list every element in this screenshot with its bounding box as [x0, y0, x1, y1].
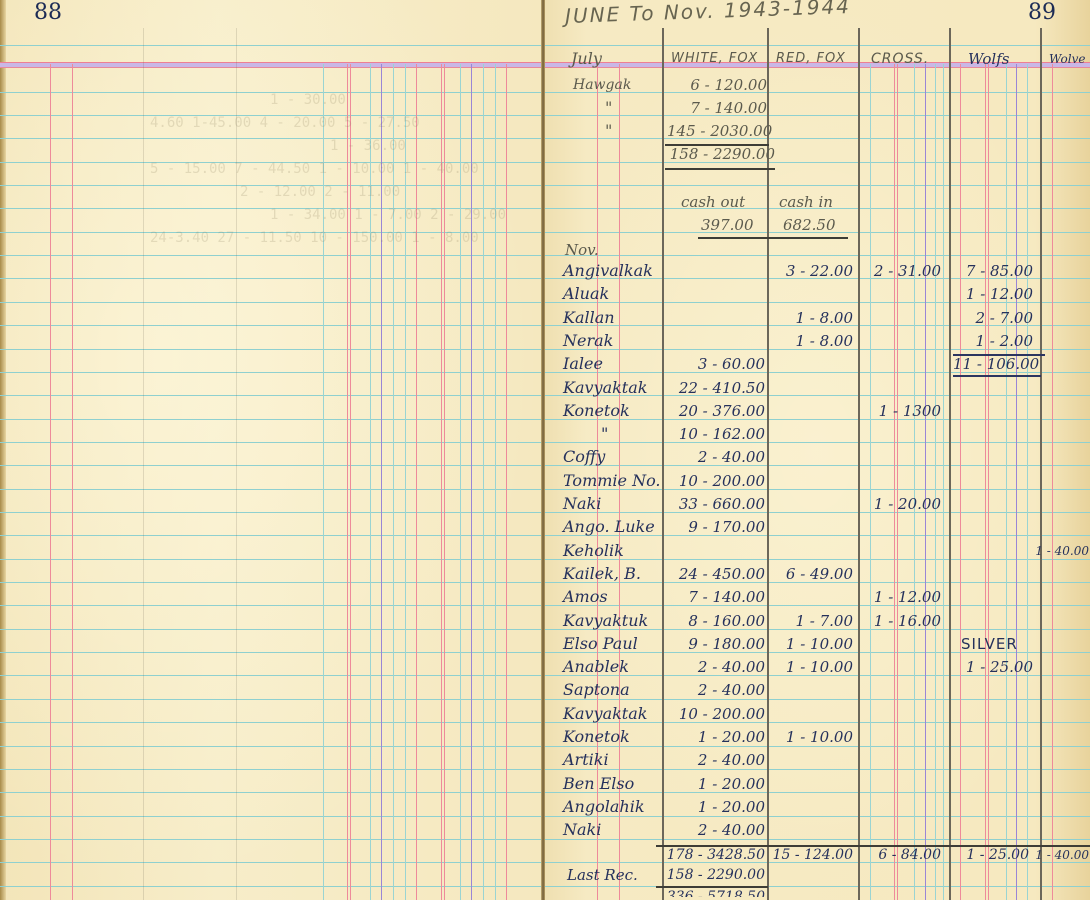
entry-name: Ialee — [563, 355, 603, 373]
column-header-wolverine: Wolve — [1049, 50, 1085, 68]
column-rule — [444, 64, 445, 900]
entry-name: Kallan — [563, 309, 615, 327]
ruled-line — [0, 442, 543, 443]
ruled-line — [0, 839, 543, 840]
total-cross: 6 - 84.00 — [861, 846, 941, 864]
entry-white-fox: 3 - 60.00 — [661, 355, 765, 373]
ghost-text-row: 5 - 15.00 7 - 44.50 1 - 10.00 1 - 40.00 — [150, 161, 479, 177]
entry-name: Keholik — [563, 542, 624, 560]
entry-name: Naki — [563, 821, 601, 839]
entry-name: Coffy — [563, 448, 605, 466]
entry-white-fox: 2 - 40.00 — [661, 448, 765, 466]
ruled-line — [543, 442, 1090, 443]
column-rule — [1040, 28, 1042, 900]
entry-white-fox: 9 - 180.00 — [661, 635, 765, 653]
cash-in-value: 682.50 — [783, 216, 836, 234]
entry-red-fox: 3 - 22.00 — [769, 262, 853, 280]
column-rule — [858, 28, 860, 900]
ruled-line — [0, 699, 543, 700]
entry-red-fox: 6 - 49.00 — [769, 565, 853, 583]
ruled-line — [543, 839, 1090, 840]
column-rule — [1052, 64, 1053, 900]
column-rule — [897, 64, 898, 900]
entry-name: " — [605, 99, 612, 117]
double-underline — [665, 168, 775, 170]
column-rule — [935, 64, 936, 900]
entry-white-fox: 9 - 170.00 — [661, 518, 765, 536]
column-rule — [943, 64, 944, 900]
entry-cross: 2 - 31.00 — [861, 262, 941, 280]
column-rule — [416, 64, 417, 900]
entry-wolfs: 7 - 85.00 — [953, 262, 1033, 280]
ruled-line — [0, 138, 543, 139]
ruled-line — [0, 652, 543, 653]
ruled-line — [0, 395, 543, 396]
grand-total-white-fox: 336 - 5718.50 — [661, 888, 765, 900]
entry-name: Nerak — [563, 332, 613, 350]
ruled-line — [0, 886, 543, 887]
total-wolverine: 1 - 40.00 — [1033, 846, 1089, 864]
column-header-white-fox: WHITE, FOX — [671, 50, 758, 68]
column-rule — [495, 64, 496, 900]
entry-wolfs: 1 - 12.00 — [953, 285, 1033, 303]
ruled-line — [543, 115, 1090, 116]
entry-white-fox: 2 - 40.00 — [661, 681, 765, 699]
entry-name: Naki — [563, 495, 601, 513]
entry-white-fox: 1 - 20.00 — [661, 775, 765, 793]
column-rule — [870, 64, 871, 900]
column-rule — [985, 64, 986, 900]
entry-name: Saptona — [563, 681, 630, 699]
entry-wolverine: 1 - 40.00 — [1033, 542, 1089, 560]
ghost-text-row: 1 - 30.00 — [270, 92, 346, 108]
entry-name: Hawgak — [573, 76, 631, 94]
page-title: JUNE To Nov. 1943-1944 — [565, 0, 851, 25]
ruled-line — [0, 465, 543, 466]
entry-white-fox: 2 - 40.00 — [661, 658, 765, 676]
cash-underline — [698, 237, 848, 239]
entry-wolfs: 1 - 25.00 — [953, 658, 1033, 676]
page-edge — [0, 0, 6, 900]
column-rule — [483, 64, 484, 900]
ruled-line — [0, 792, 543, 793]
entry-cross: 1 - 1300 — [861, 402, 941, 420]
entry-name: Kavyaktuk — [563, 612, 648, 630]
entry-white-fox: 6 - 120.00 — [667, 76, 767, 94]
column-rule — [1016, 64, 1017, 900]
ruled-line — [0, 862, 543, 863]
entry-name: Konetok — [563, 728, 630, 746]
july-total-white-fox: 158 - 2290.00 — [667, 145, 775, 163]
entry-wolfs: 1 - 2.00 — [953, 332, 1033, 350]
total-wolfs: 1 - 25.00 — [953, 846, 1029, 864]
ruled-line — [543, 816, 1090, 817]
ruled-line — [543, 255, 1090, 256]
entry-cross: 1 - 12.00 — [861, 588, 941, 606]
ruled-line — [0, 45, 543, 46]
ruled-line — [0, 675, 543, 676]
ruled-line — [543, 185, 1090, 186]
entry-name: Angivalkak — [563, 262, 653, 280]
entry-name: Ango. Luke — [563, 518, 655, 536]
entry-white-fox: 2 - 40.00 — [661, 821, 765, 839]
column-header-cross: CROSS. — [871, 50, 929, 68]
total-red-fox: 15 - 124.00 — [769, 846, 853, 864]
entry-cross: 1 - 20.00 — [861, 495, 941, 513]
column-rule — [925, 64, 926, 900]
ghost-text-row: 4.60 1-45.00 4 - 20.00 5 - 27.50 — [150, 115, 420, 131]
column-rule — [441, 64, 442, 900]
column-rule — [960, 64, 961, 900]
entry-red-fox: 1 - 10.00 — [769, 658, 853, 676]
entry-white-fox: 20 - 376.00 — [661, 402, 765, 420]
ghost-text-row: 2 - 12.00 2 - 11.00 — [240, 184, 400, 200]
entry-name: Kavyaktak — [563, 379, 647, 397]
entry-white-fox: 145 - 2030.00 — [667, 122, 767, 140]
column-rule — [460, 64, 461, 900]
ruled-line — [0, 349, 543, 350]
ruled-line — [543, 559, 1090, 560]
entry-name: " — [605, 122, 612, 140]
header-rule — [0, 62, 543, 68]
entry-name: Elso Paul — [563, 635, 638, 653]
entry-red-fox: 1 - 8.00 — [769, 309, 853, 327]
entry-red-fox: 1 - 7.00 — [769, 612, 853, 630]
ruled-line — [0, 722, 543, 723]
column-rule — [914, 64, 915, 900]
entry-name: Tommie No. — [563, 472, 661, 490]
column-rule — [949, 28, 951, 900]
column-rule — [236, 28, 237, 900]
right-ledger-page: 89 JUNE To Nov. 1943-1944 July WHITE, FO… — [543, 0, 1090, 900]
entry-name: Amos — [563, 588, 608, 606]
column-rule — [1027, 64, 1028, 900]
entry-white-fox: 33 - 660.00 — [661, 495, 765, 513]
entry-name: Kavyaktak — [563, 705, 647, 723]
ruled-line — [543, 746, 1090, 747]
column-header-name: July — [571, 50, 602, 68]
entry-name: Kailek, B. — [563, 565, 641, 583]
ruled-line — [0, 278, 543, 279]
ruled-line — [0, 512, 543, 513]
entry-cross: 1 - 16.00 — [861, 612, 941, 630]
entry-red-fox: 1 - 10.00 — [769, 635, 853, 653]
ruled-line — [0, 302, 543, 303]
entry-wolfs: 2 - 7.00 — [953, 309, 1033, 327]
last-row-white-fox: 158 - 2290.00 — [661, 866, 765, 884]
entry-name: Artiki — [563, 751, 609, 769]
ruled-line — [543, 138, 1090, 139]
cash-out-label: cash out — [681, 193, 745, 211]
wolfs-subtotal-rule — [953, 354, 1045, 356]
column-rule — [506, 64, 507, 900]
ruled-line — [0, 489, 543, 490]
entry-white-fox: 7 - 140.00 — [667, 99, 767, 117]
entry-wolfs: 11 - 106.00 — [953, 355, 1033, 373]
entry-name: Angolahik — [563, 798, 645, 816]
ruled-line — [0, 629, 543, 630]
ghost-text-row: 1 - 34.00 1 - 7.00 2 - 29.00 — [270, 207, 506, 223]
column-rule — [143, 28, 144, 900]
page-number: 89 — [1028, 0, 1056, 25]
ruled-line — [0, 559, 543, 560]
cash-in-label: cash in — [779, 193, 833, 211]
grand-total-rule — [656, 886, 768, 888]
entry-name: " — [601, 425, 608, 443]
entry-white-fox: 10 - 200.00 — [661, 705, 765, 723]
entry-name: Anablek — [563, 658, 629, 676]
column-header-red-fox: RED, FOX — [776, 50, 846, 68]
ruled-line — [543, 45, 1090, 46]
last-row-label: Last Rec. — [567, 866, 638, 884]
entry-name: Ben Elso — [563, 775, 634, 793]
cash-out-value: 397.00 — [701, 216, 754, 234]
entry-white-fox: 10 - 162.00 — [661, 425, 765, 443]
wolfs-subtotal-underline — [953, 375, 1041, 377]
column-rule — [405, 64, 406, 900]
column-rule — [988, 64, 989, 900]
ruled-line — [0, 255, 543, 256]
page-number: 88 — [34, 0, 62, 25]
column-rule — [1006, 64, 1007, 900]
ghost-text-row: 1 - 36.00 — [330, 138, 406, 154]
ruled-line — [0, 325, 543, 326]
ruled-line — [0, 605, 543, 606]
entry-white-fox: 22 - 410.50 — [661, 379, 765, 397]
column-header-wolfs: Wolfs — [968, 50, 1009, 68]
entry-white-fox: 24 - 450.00 — [661, 565, 765, 583]
entry-wolfs: SILVER — [961, 635, 1041, 653]
ruled-line — [0, 419, 543, 420]
ruled-line — [0, 372, 543, 373]
column-rule — [72, 64, 73, 900]
entry-red-fox: 1 - 8.00 — [769, 332, 853, 350]
entry-red-fox: 1 - 10.00 — [769, 728, 853, 746]
ruled-line — [0, 769, 543, 770]
ruled-line — [543, 769, 1090, 770]
ruled-line — [543, 886, 1090, 887]
entry-name: Aluak — [563, 285, 609, 303]
entry-white-fox: 1 - 20.00 — [661, 728, 765, 746]
section-label-nov: Nov. — [565, 241, 599, 259]
column-rule — [894, 64, 895, 900]
total-white-fox: 178 - 3428.50 — [661, 846, 765, 864]
ghost-text-row: 24-3.40 27 - 11.50 10 - 150.00 1 - 8.00 — [150, 230, 479, 246]
ruled-line — [543, 512, 1090, 513]
ruled-line — [0, 535, 543, 536]
entry-white-fox: 2 - 40.00 — [661, 751, 765, 769]
ruled-line — [543, 162, 1090, 163]
entry-white-fox: 8 - 160.00 — [661, 612, 765, 630]
entry-white-fox: 7 - 140.00 — [661, 588, 765, 606]
column-rule — [471, 64, 472, 900]
ruled-line — [0, 816, 543, 817]
entry-white-fox: 10 - 200.00 — [661, 472, 765, 490]
left-ledger-page: 88 1 - 30.004.60 1-45.00 4 - 20.00 5 - 2… — [0, 0, 543, 900]
entry-white-fox: 1 - 20.00 — [661, 798, 765, 816]
ruled-line — [543, 465, 1090, 466]
column-rule — [50, 64, 51, 900]
ruled-line — [0, 746, 543, 747]
entry-name: Konetok — [563, 402, 630, 420]
book-spine — [541, 0, 545, 900]
ruled-line — [0, 582, 543, 583]
ruled-line — [543, 605, 1090, 606]
